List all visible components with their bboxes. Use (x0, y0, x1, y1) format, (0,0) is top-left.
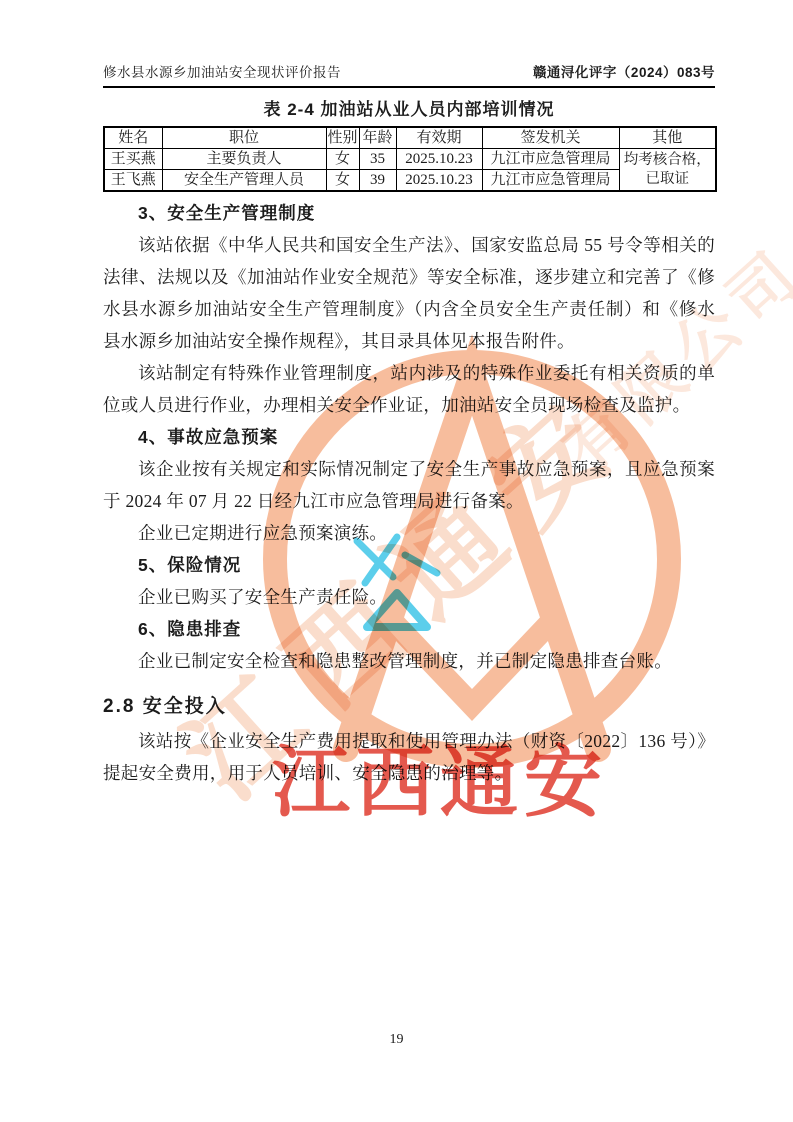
cell-other-merged: 均考核合格，已取证 (619, 149, 716, 192)
cell-issuer: 九江市应急管理局 (482, 170, 619, 192)
cell-position: 安全生产管理人员 (162, 170, 326, 192)
cell-name: 王买燕 (104, 149, 162, 170)
cell-issuer: 九江市应急管理局 (482, 149, 619, 170)
header-report-title: 修水县水源乡加油站安全现状评价报告 (103, 61, 341, 81)
cell-gender: 女 (326, 149, 359, 170)
paragraph: 该企业按有关规定和实际情况制定了安全生产事故应急预案，且应急预案于 2024 年… (103, 453, 715, 517)
page-header: 修水县水源乡加油站安全现状评价报告 赣通浔化评字（2024）083号 (103, 61, 715, 81)
col-header-age: 年龄 (359, 127, 396, 149)
cell-validity: 2025.10.23 (396, 149, 482, 170)
page-number: 19 (0, 1032, 793, 1048)
cell-age: 39 (359, 170, 396, 192)
cell-name: 王飞燕 (104, 170, 162, 192)
section-heading-6: 6、隐患排查 (103, 613, 715, 645)
col-header-other: 其他 (619, 127, 716, 149)
paragraph: 企业已制定安全检查和隐患整改管理制度，并已制定隐患排查台账。 (103, 645, 715, 677)
section-heading-2-8: 2.8 安全投入 (103, 689, 715, 725)
table-title: 表 2-4 加油站从业人员内部培训情况 (103, 97, 715, 123)
col-header-validity: 有效期 (396, 127, 482, 149)
cell-validity: 2025.10.23 (396, 170, 482, 192)
document-page: 修水县水源乡加油站安全现状评价报告 赣通浔化评字（2024）083号 江西通安 … (0, 0, 793, 1122)
table-row: 王买燕 主要负责人 女 35 2025.10.23 九江市应急管理局 均考核合格… (104, 149, 716, 170)
paragraph: 该站依据《中华人民共和国安全生产法》、国家安监总局 55 号令等相关的法律、法规… (103, 229, 715, 357)
col-header-gender: 性别 (326, 127, 359, 149)
training-table: 姓名 职位 性别 年龄 有效期 签发机关 其他 王买燕 主要负责人 女 35 2… (103, 126, 717, 192)
cell-age: 35 (359, 149, 396, 170)
cell-position: 主要负责人 (162, 149, 326, 170)
table-header-row: 姓名 职位 性别 年龄 有效期 签发机关 其他 (104, 127, 716, 149)
paragraph: 企业已购买了安全生产责任险。 (103, 581, 715, 613)
paragraph: 该站按《企业安全生产费用提取和使用管理办法（财资〔2022〕136 号）》提起安… (103, 725, 715, 789)
paragraph: 企业已定期进行应急预案演练。 (103, 517, 715, 549)
paragraph: 该站制定有特殊作业管理制度，站内涉及的特殊作业委托有相关资质的单位或人员进行作业… (103, 357, 715, 421)
section-heading-4: 4、事故应急预案 (103, 421, 715, 453)
header-rule (103, 86, 715, 88)
col-header-position: 职位 (162, 127, 326, 149)
section-heading-5: 5、保险情况 (103, 549, 715, 581)
cell-gender: 女 (326, 170, 359, 192)
col-header-issuer: 签发机关 (482, 127, 619, 149)
col-header-name: 姓名 (104, 127, 162, 149)
header-doc-number: 赣通浔化评字（2024）083号 (533, 61, 715, 81)
document-body: 表 2-4 加油站从业人员内部培训情况 姓名 职位 性别 年龄 有效期 签发机关… (103, 97, 715, 789)
section-heading-3: 3、安全生产管理制度 (103, 197, 715, 229)
